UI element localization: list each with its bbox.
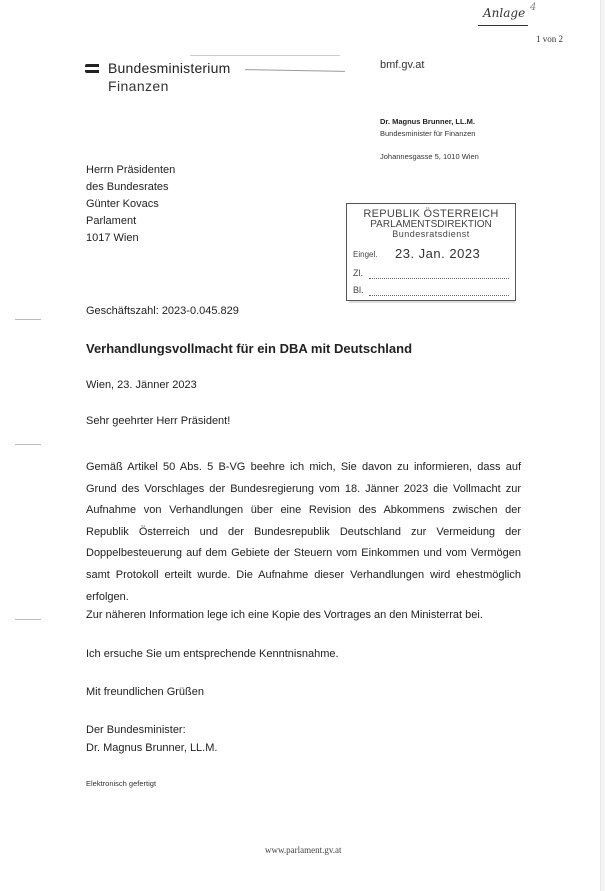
page-indicator: 1 von 2 <box>536 34 563 44</box>
body-paragraph-3: Ich ersuche Sie um entsprechende Kenntni… <box>86 648 339 660</box>
letter-date: Wien, 23. Jänner 2023 <box>86 379 197 391</box>
signature-role: Der Bundesminister: <box>86 724 186 736</box>
stamp-shadow <box>349 301 515 303</box>
recipient-address: Herrn Präsidenten des Bundesrates Günter… <box>86 162 175 247</box>
body-paragraph-1: Gemäß Artikel 50 Abs. 5 B-VG beehre ich … <box>86 457 521 608</box>
stamp-bl-label: Bl. <box>353 285 364 295</box>
letter-subject: Verhandlungsvollmacht für ein DBA mit De… <box>86 341 412 356</box>
fold-mark <box>15 619 41 620</box>
fold-mark <box>15 319 41 320</box>
sender-title: Bundesminister für Finanzen <box>380 129 475 138</box>
electronic-signature-note: Elektronisch gefertigt <box>86 779 156 788</box>
recipient-line: Parlament <box>86 213 175 230</box>
stamp-bl-dotted-line <box>369 287 509 296</box>
stamp-zl-dotted-line <box>369 270 509 279</box>
footer-url: www.parlament.gv.at <box>265 845 342 855</box>
recipient-line: 1017 Wien <box>86 230 175 247</box>
stamp-received-label: Eingel. <box>353 250 377 259</box>
stamp-line3: Bundesratsdienst <box>347 229 515 239</box>
recipient-line: Herrn Präsidenten <box>86 162 175 179</box>
sender-address: Johannesgasse 5, 1010 Wien <box>380 152 479 161</box>
letterhead-website: bmf.gv.at <box>380 59 424 71</box>
stamp-zl-label: Zl. <box>353 268 363 278</box>
logo-text-line2: Finanzen <box>108 78 169 94</box>
scan-artifact-line <box>245 69 345 72</box>
received-stamp: REPUBLIK ÖSTERREICH PARLAMENTSDIREKTION … <box>346 203 516 301</box>
body-paragraph-2: Zur näheren Information lege ich eine Ko… <box>86 609 483 621</box>
closing: Mit freundlichen Grüßen <box>86 686 204 698</box>
scan-artifact-line <box>190 55 340 56</box>
recipient-line: des Bundesrates <box>86 179 175 196</box>
scan-edge <box>600 0 605 891</box>
annotation-underline <box>478 25 528 26</box>
fold-mark <box>15 444 41 445</box>
ministry-logo-icon <box>85 64 101 74</box>
logo-text-line1: Bundesministerium <box>108 60 230 76</box>
recipient-line: Günter Kovacs <box>86 196 175 213</box>
salutation: Sehr geehrter Herr Präsident! <box>86 415 230 427</box>
handwritten-annotation: Anlage <box>483 6 525 20</box>
signature-name: Dr. Magnus Brunner, LL.M. <box>86 742 217 754</box>
stamp-received-date: 23. Jan. 2023 <box>395 246 480 261</box>
reference-number: Geschäftszahl: 2023-0.045.829 <box>86 305 239 317</box>
annotation-number: 4 <box>530 2 536 13</box>
sender-name: Dr. Magnus Brunner, LL.M. <box>380 117 475 126</box>
